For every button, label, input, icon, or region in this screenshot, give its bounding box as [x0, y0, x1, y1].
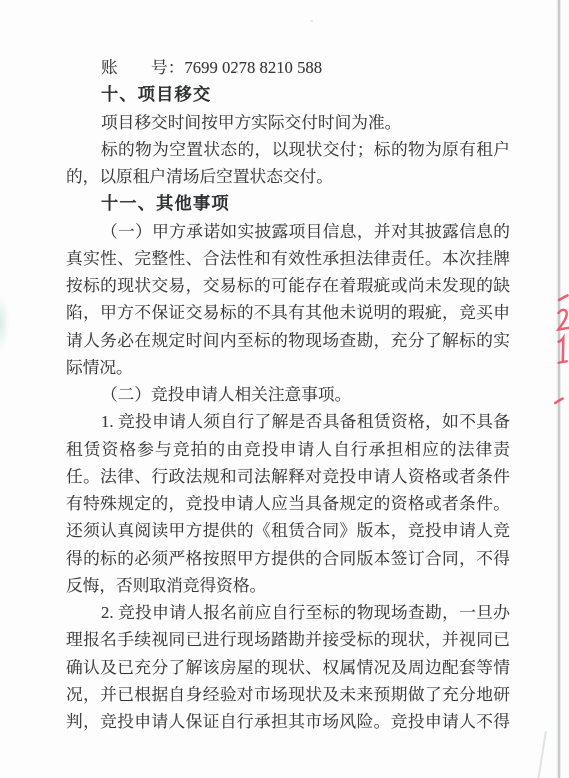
text-line: 判，竞投申请人保证自行承担其市场风险。竞投申请人不得: [66, 708, 510, 735]
text-line: 十、项目移交: [66, 81, 510, 108]
corner-curl-shadow: [537, 731, 547, 778]
red-pen-mark-stroke-icon: [559, 338, 564, 361]
text-line: 请人务必在规定时间内至标的物现场查勘，充分了解标的实: [66, 327, 510, 354]
text-line: 按标的现状交易，交易标的可能存在着瑕疵或尚未发现的缺: [66, 272, 510, 299]
dust-speck: [310, 20, 313, 22]
text-line: 2. 竞投申请人报名前应自行至标的物现场查勘，一旦办: [66, 599, 510, 626]
text-line: 得的标的必须严格按照甲方提供的合同版本签订合同，不得: [66, 545, 510, 572]
text-line: 真实性、完整性、合法性和有效性承担法律责任。本次挂牌: [66, 245, 510, 272]
text-line: 1. 竞投申请人须自行了解是否具备租赁资格，如不具备: [66, 408, 510, 435]
text-line: （二）竞投申请人相关注意事项。: [66, 381, 510, 408]
text-line: 标的物为空置状态的，以现状交付；标的物为原有租户: [66, 136, 510, 163]
text-line: 任。法律、行政法规和司法解释对竞投申请人资格或者条件: [66, 463, 510, 490]
red-pen-mark-stroke-base-icon: [559, 361, 567, 363]
left-edge-smudge: [0, 297, 9, 349]
text-line: 确认及已充分了解该房屋的现状、权属情况及周边配套等情: [66, 654, 510, 681]
dust-speck: [236, 72, 239, 74]
text-line: 际情况。: [66, 354, 510, 381]
text-line: 陷，甲方不保证交易标的不具有其他未说明的瑕疵，竞买申: [66, 299, 510, 326]
red-pen-mark-dash-top-icon: [559, 295, 568, 300]
text-line: 十一、其他事项: [66, 190, 510, 217]
red-pen-mark-curve-icon: [558, 310, 569, 330]
document-text: 账 号：7699 0278 8210 588十、项目移交项目移交时间按甲方实际交…: [66, 54, 510, 735]
red-pen-marks: [545, 285, 569, 410]
text-line: 有特殊规定的，竞投申请人应当具备规定的资格或者条件。: [66, 490, 510, 517]
text-line: 理报名手续视同已进行现场踏勘并接受标的现状，并视同已: [66, 626, 510, 653]
red-pen-mark-dash-bottom-icon: [555, 399, 562, 404]
text-line: 项目移交时间按甲方实际交付时间为准。: [66, 109, 510, 136]
text-line: 租赁资格参与竞拍的由竞投申请人自行承担相应的法律责: [66, 436, 510, 463]
text-line: 还须认真阅读甲方提供的《租赁合同》版本，竞投申请人竞: [66, 517, 510, 544]
text-line: 账 号：7699 0278 8210 588: [66, 54, 510, 81]
scanned-page: 账 号：7699 0278 8210 588十、项目移交项目移交时间按甲方实际交…: [0, 0, 569, 778]
text-line: 的，以原租户清场后空置状态交付。: [66, 163, 510, 190]
text-line: 况，并已根据自身经验对市场现状及未来预期做了充分地研: [66, 681, 510, 708]
text-line: （一）甲方承诺如实披露项目信息，并对其披露信息的: [66, 218, 510, 245]
text-line: 反悔，否则取消竞得资格。: [66, 572, 510, 599]
